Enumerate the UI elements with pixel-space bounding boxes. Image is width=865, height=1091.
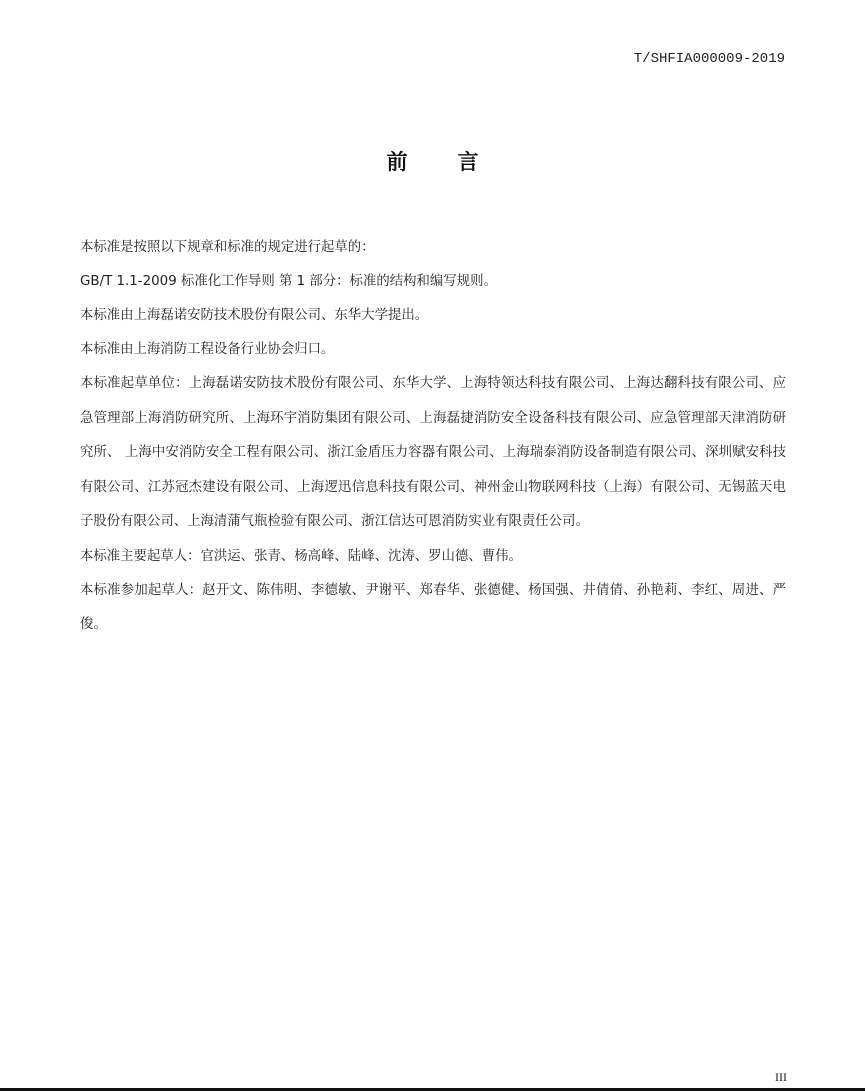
title-char-2: 言 bbox=[458, 146, 479, 176]
paragraph-reference-standard: GB/T 1.1-2009 标准化工作导则 第 1 部分：标准的结构和编写规则。 bbox=[80, 269, 786, 295]
paragraph-basis: 本标准是按照以下规章和标准的规定进行起草的： bbox=[80, 235, 786, 261]
page-number: III bbox=[775, 1070, 787, 1085]
page-title: 前言 bbox=[0, 146, 865, 176]
paragraph-drafting-units: 本标准起草单位：上海磊诺安防技术股份有限公司、东华大学、上海特领达科技有限公司、… bbox=[80, 367, 786, 540]
paragraph-proposer: 本标准由上海磊诺安防技术股份有限公司、东华大学提出。 bbox=[80, 303, 786, 329]
document-page: T/SHFIA000009-2019 前言 本标准是按照以下规章和标准的规定进行… bbox=[0, 0, 865, 1091]
foreword-body: 本标准是按照以下规章和标准的规定进行起草的： GB/T 1.1-2009 标准化… bbox=[80, 235, 786, 643]
paragraph-main-drafters: 本标准主要起草人：官洪运、张青、杨高峰、陆峰、沈涛、罗山德、曹伟。 bbox=[80, 544, 786, 570]
paragraph-administrator: 本标准由上海消防工程设备行业协会归口。 bbox=[80, 337, 786, 363]
title-char-1: 前 bbox=[387, 146, 408, 176]
paragraph-participating-drafters: 本标准参加起草人：赵开文、陈伟明、李德敏、尹谢平、郑春华、张德健、杨国强、井倩倩… bbox=[80, 574, 786, 643]
standard-code: T/SHFIA000009-2019 bbox=[634, 51, 785, 67]
